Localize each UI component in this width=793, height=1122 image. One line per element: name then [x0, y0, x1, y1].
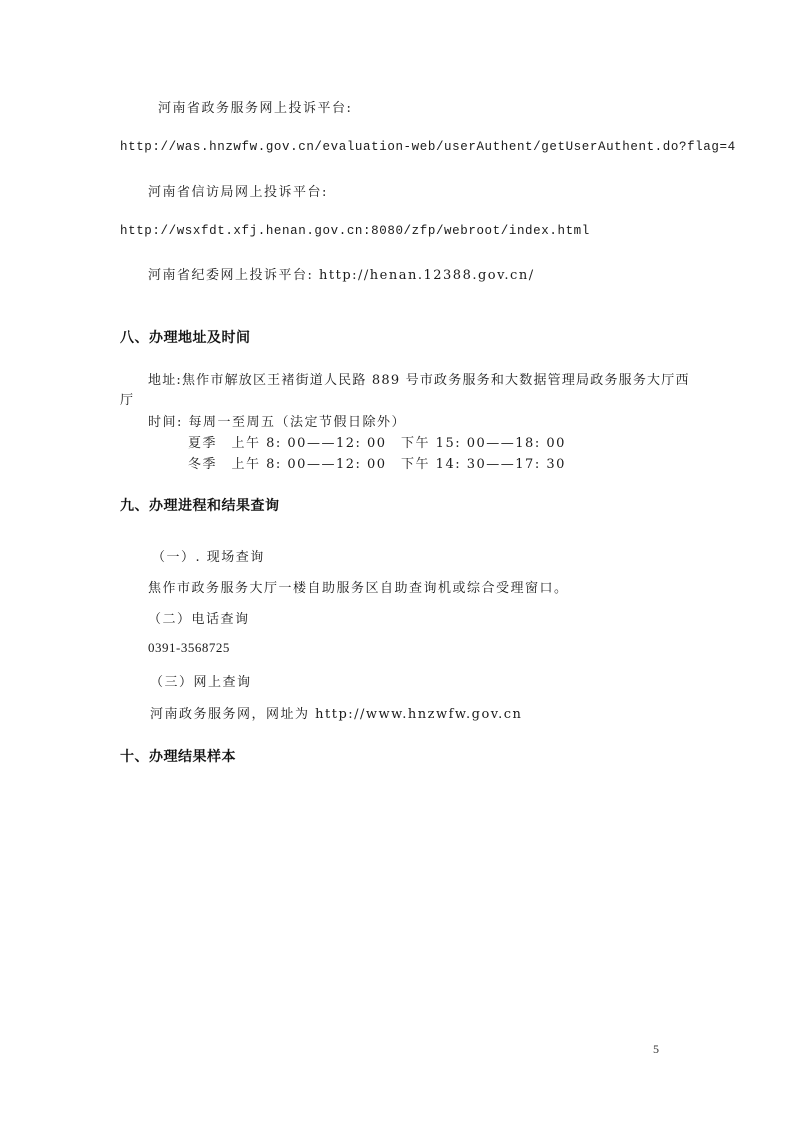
- online-query-title: （三）网上查询: [150, 671, 252, 690]
- phone-query-title: （二）电话查询: [148, 608, 250, 627]
- province-gov-complaint-url[interactable]: http://was.hnzwfw.gov.cn/evaluation-web/…: [120, 140, 736, 154]
- petition-complaint-url[interactable]: http://wsxfdt.xfj.henan.gov.cn:8080/zfp/…: [120, 224, 590, 238]
- onsite-query-title: （一）. 现场查询: [152, 546, 265, 565]
- section-10-heading: 十、办理结果样本: [120, 746, 236, 766]
- office-hours-line: 时间: 每周一至周五（法定节假日除外）: [148, 411, 406, 430]
- section-8-heading: 八、办理地址及时间: [120, 327, 251, 347]
- province-gov-complaint-label: 河南省政务服务网上投诉平台:: [158, 97, 352, 116]
- page-number: 5: [653, 1042, 659, 1057]
- online-query-text: 河南政务服务网，网址为 http://www.hnzwfw.gov.cn: [150, 703, 522, 722]
- winter-hours-line: 冬季 上午 8: 00——12: 00 下午 14: 30——17: 30: [188, 453, 566, 472]
- summer-hours-line: 夏季 上午 8: 00——12: 00 下午 15: 00——18: 00: [188, 432, 566, 451]
- section-9-heading: 九、办理进程和结果查询: [120, 495, 280, 515]
- address-line-1: 地址:焦作市解放区王褚街道人民路 889 号市政务服务和大数据管理局政务服务大厅…: [148, 369, 690, 388]
- petition-complaint-label: 河南省信访局网上投诉平台:: [148, 181, 328, 200]
- discipline-complaint-line: 河南省纪委网上投诉平台: http://henan.12388.gov.cn/: [148, 264, 535, 283]
- phone-number: 0391-3568725: [148, 640, 230, 656]
- address-line-2: 厅: [120, 389, 135, 408]
- onsite-query-text: 焦作市政务服务大厅一楼自助服务区自助查询机或综合受理窗口。: [148, 577, 569, 596]
